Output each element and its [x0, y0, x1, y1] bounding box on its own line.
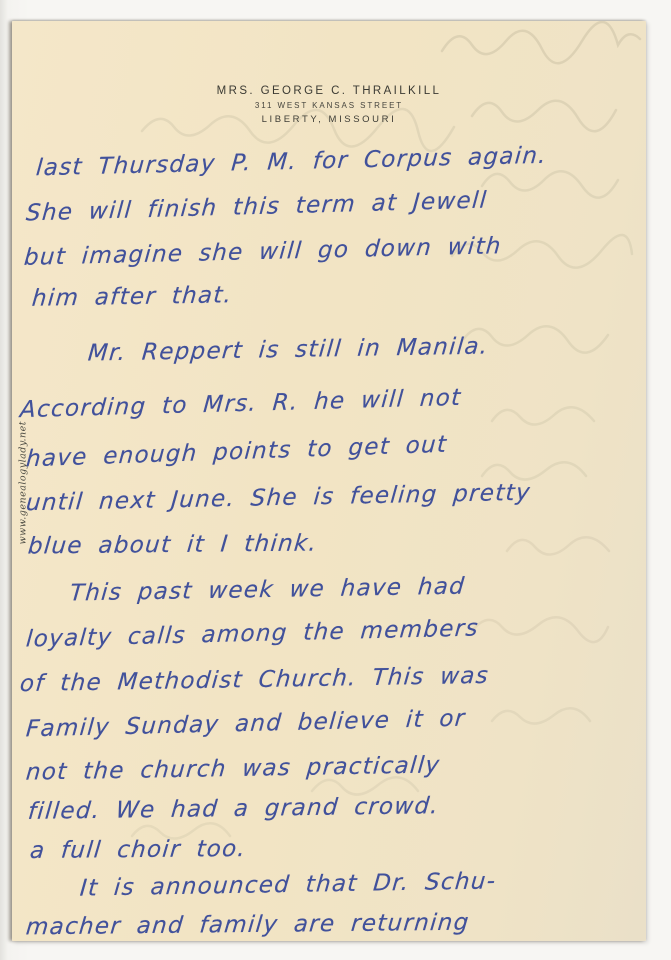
handwritten-line: last Thursday P. M. for Corpus again.	[35, 143, 548, 182]
handwritten-line: According to Mrs. R. he will not	[19, 385, 462, 423]
handwritten-line: filled. We had a grand crowd.	[27, 793, 440, 825]
handwritten-line: but imagine she will go down with	[23, 233, 503, 271]
handwritten-line: a full choir too.	[29, 836, 248, 864]
handwritten-line: It is announced that Dr. Schu-	[79, 868, 498, 901]
handwritten-line: This past week we have had	[69, 574, 466, 607]
handwritten-line: loyalty calls among the members	[25, 615, 480, 652]
letterhead-address: 311 WEST KANSAS STREET	[12, 101, 646, 110]
handwritten-line: Mr. Reppert is still in Manila.	[87, 333, 490, 366]
handwritten-line: of the Methodist Church. This was	[19, 663, 490, 697]
handwritten-line: have enough points to get out	[25, 432, 448, 473]
watermark-text: www.genealogylady.net	[18, 425, 29, 545]
letterhead-city: LIBERTY, MISSOURI	[12, 114, 646, 125]
handwritten-line: Family Sunday and believe it or	[25, 706, 467, 743]
handwritten-line: not the church was practically	[25, 752, 442, 785]
letterhead-name: MRS. GEORGE C. THRAILKILL	[12, 85, 646, 97]
letterhead: MRS. GEORGE C. THRAILKILL 311 WEST KANSA…	[12, 85, 646, 125]
handwritten-line: blue about it I think.	[27, 530, 319, 559]
handwritten-line: until next June. She is feeling pretty	[25, 480, 532, 517]
handwritten-line: him after that.	[31, 282, 234, 312]
handwritten-line: macher and family are returning	[25, 910, 471, 941]
scanned-letter-page: www.genealogylady.net MRS. GEORGE C. THR…	[12, 21, 646, 941]
handwritten-line: She will finish this term at Jewell	[25, 188, 488, 227]
